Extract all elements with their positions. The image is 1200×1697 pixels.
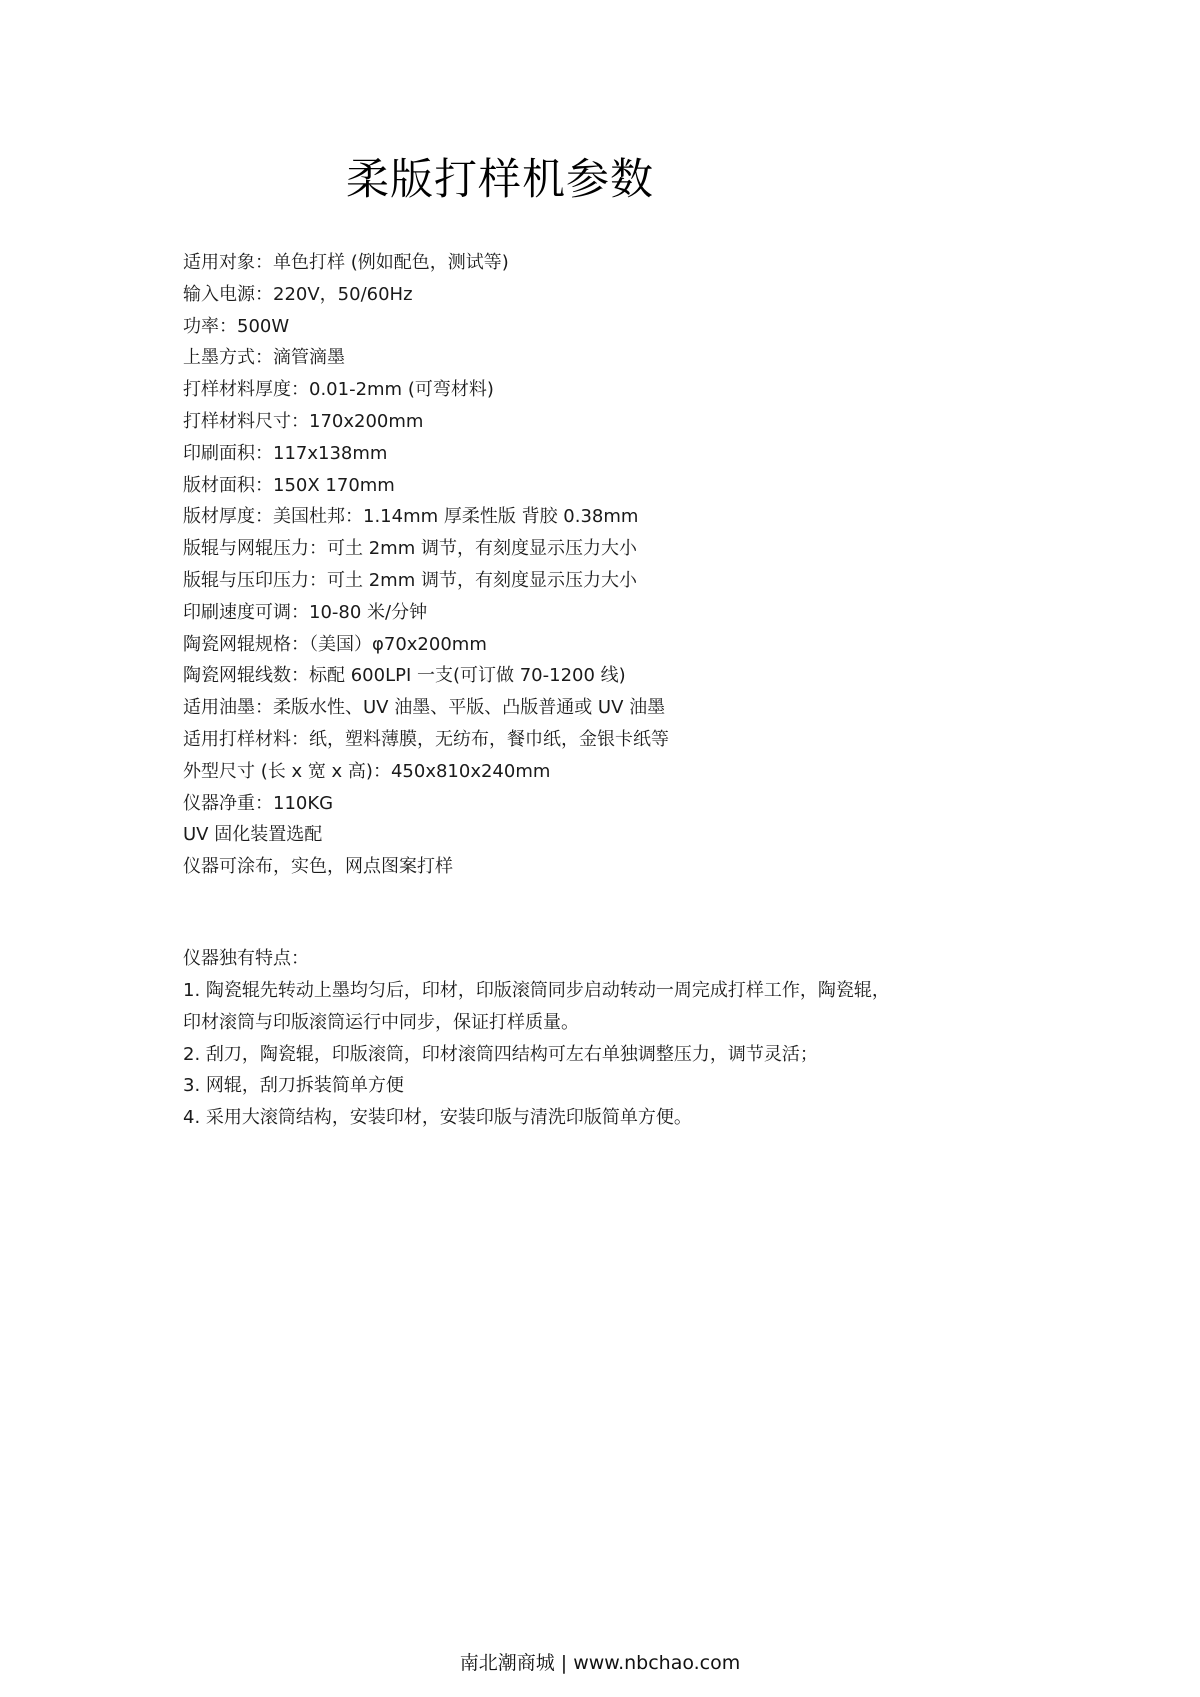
document-title: 柔版打样机参数 bbox=[346, 150, 654, 210]
spec-list: 适用对象：单色打样 (例如配色，测试等) 输入电源：220V，50/60Hz 功… bbox=[183, 247, 669, 883]
page-footer: 南北潮商城 | www.nbchao.com bbox=[0, 1650, 1200, 1676]
spec-item: 陶瓷网辊线数：标配 600LPI 一支(可订做 70-1200 线) bbox=[183, 660, 669, 692]
spec-item: 打样材料尺寸：170x200mm bbox=[183, 406, 669, 438]
feature-item: 3. 网辊，刮刀拆装简单方便 bbox=[183, 1070, 1043, 1102]
feature-item: 1. 陶瓷辊先转动上墨均匀后，印材，印版滚筒同步启动转动一周完成打样工作，陶瓷辊… bbox=[183, 975, 1043, 1039]
spec-item: 外型尺寸 (长 x 宽 x 高)：450x810x240mm bbox=[183, 756, 669, 788]
spec-item: UV 固化装置选配 bbox=[183, 819, 669, 851]
spec-item: 适用对象：单色打样 (例如配色，测试等) bbox=[183, 247, 669, 279]
spec-item: 印刷速度可调：10-80 米/分钟 bbox=[183, 597, 669, 629]
spec-item: 陶瓷网辊规格：（美国）φ70x200mm bbox=[183, 629, 669, 661]
feature-item: 2. 刮刀，陶瓷辊，印版滚筒，印材滚筒四结构可左右单独调整压力，调节灵活； bbox=[183, 1039, 1043, 1071]
spec-item: 版辊与网辊压力：可土 2mm 调节，有刻度显示压力大小 bbox=[183, 533, 669, 565]
spec-item: 版材面积：150X 170mm bbox=[183, 470, 669, 502]
spec-item: 印刷面积：117x138mm bbox=[183, 438, 669, 470]
spec-item: 打样材料厚度：0.01-2mm (可弯材料) bbox=[183, 374, 669, 406]
feature-item: 4. 采用大滚筒结构，安装印材，安装印版与清洗印版简单方便。 bbox=[183, 1102, 1043, 1134]
spec-item: 版材厚度：美国杜邦：1.14mm 厚柔性版 背胶 0.38mm bbox=[183, 501, 669, 533]
spec-item: 仪器净重：110KG bbox=[183, 788, 669, 820]
spec-item: 仪器可涂布，实色，网点图案打样 bbox=[183, 851, 669, 883]
spec-item: 上墨方式：滴管滴墨 bbox=[183, 342, 669, 374]
feature-line: 1. 陶瓷辊先转动上墨均匀后，印材，印版滚筒同步启动转动一周完成打样工作，陶瓷辊… bbox=[183, 975, 1043, 1007]
spec-item: 输入电源：220V，50/60Hz bbox=[183, 279, 669, 311]
spec-item: 适用油墨：柔版水性、UV 油墨、平版、凸版普通或 UV 油墨 bbox=[183, 692, 669, 724]
features-heading: 仪器独有特点： bbox=[183, 943, 309, 975]
features-list: 1. 陶瓷辊先转动上墨均匀后，印材，印版滚筒同步启动转动一周完成打样工作，陶瓷辊… bbox=[183, 975, 1043, 1134]
spec-item: 功率：500W bbox=[183, 311, 669, 343]
feature-line: 印材滚筒与印版滚筒运行中同步，保证打样质量。 bbox=[183, 1007, 1043, 1039]
spec-item: 版辊与压印压力：可土 2mm 调节，有刻度显示压力大小 bbox=[183, 565, 669, 597]
spec-item: 适用打样材料：纸，塑料薄膜，无纺布，餐巾纸，金银卡纸等 bbox=[183, 724, 669, 756]
